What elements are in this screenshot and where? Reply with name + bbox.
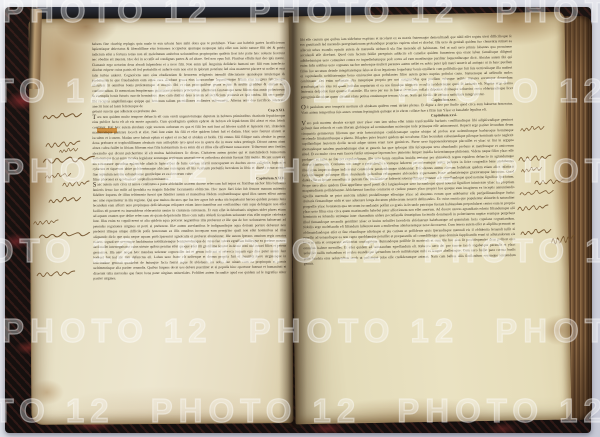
paragraph: Tara non quidem multo tempore defuncta e… (92, 113, 285, 177)
marginal-note (519, 190, 559, 198)
marginal-note (36, 270, 76, 278)
marginal-note (62, 180, 90, 188)
marginal-note (517, 204, 549, 212)
marginal-note (42, 113, 88, 122)
left-page-text: habens fine churbig replagis quia nuale … (92, 40, 287, 357)
spine-edge (28, 9, 42, 89)
paragraph: Saac autem cum circa xl annos conſtitutu… (93, 181, 287, 281)
marginal-note (42, 155, 96, 165)
marginal-note (551, 234, 575, 246)
page-gutter-shadow (279, 10, 307, 428)
marginal-note (534, 178, 566, 186)
photo-background: habens fine churbig replagis quia nuale … (0, 0, 600, 437)
marginal-note (520, 126, 548, 134)
marginal-note (33, 219, 59, 226)
right-page: ſibi eſſe cautum que quibus iam uidebatu… (288, 12, 571, 425)
word-highlight (97, 128, 117, 133)
left-page: habens fine churbig replagis quia nuale … (29, 17, 294, 425)
marginal-note (518, 154, 552, 163)
marginal-note (48, 197, 86, 206)
marginal-note (38, 232, 98, 241)
paragraph: ſibi eſſe cautum que quibus iam uidebatu… (300, 34, 513, 100)
marginal-note (521, 167, 545, 175)
paragraph: habens fine churbig replagis quia nuale … (92, 40, 285, 109)
marginal-note (59, 148, 81, 155)
paragraph: Vero poſt mortem abrahæ excepit uxor yſa… (301, 117, 516, 267)
right-page-text: ſibi eſſe cautum que quibus iam uidebatu… (300, 34, 518, 358)
